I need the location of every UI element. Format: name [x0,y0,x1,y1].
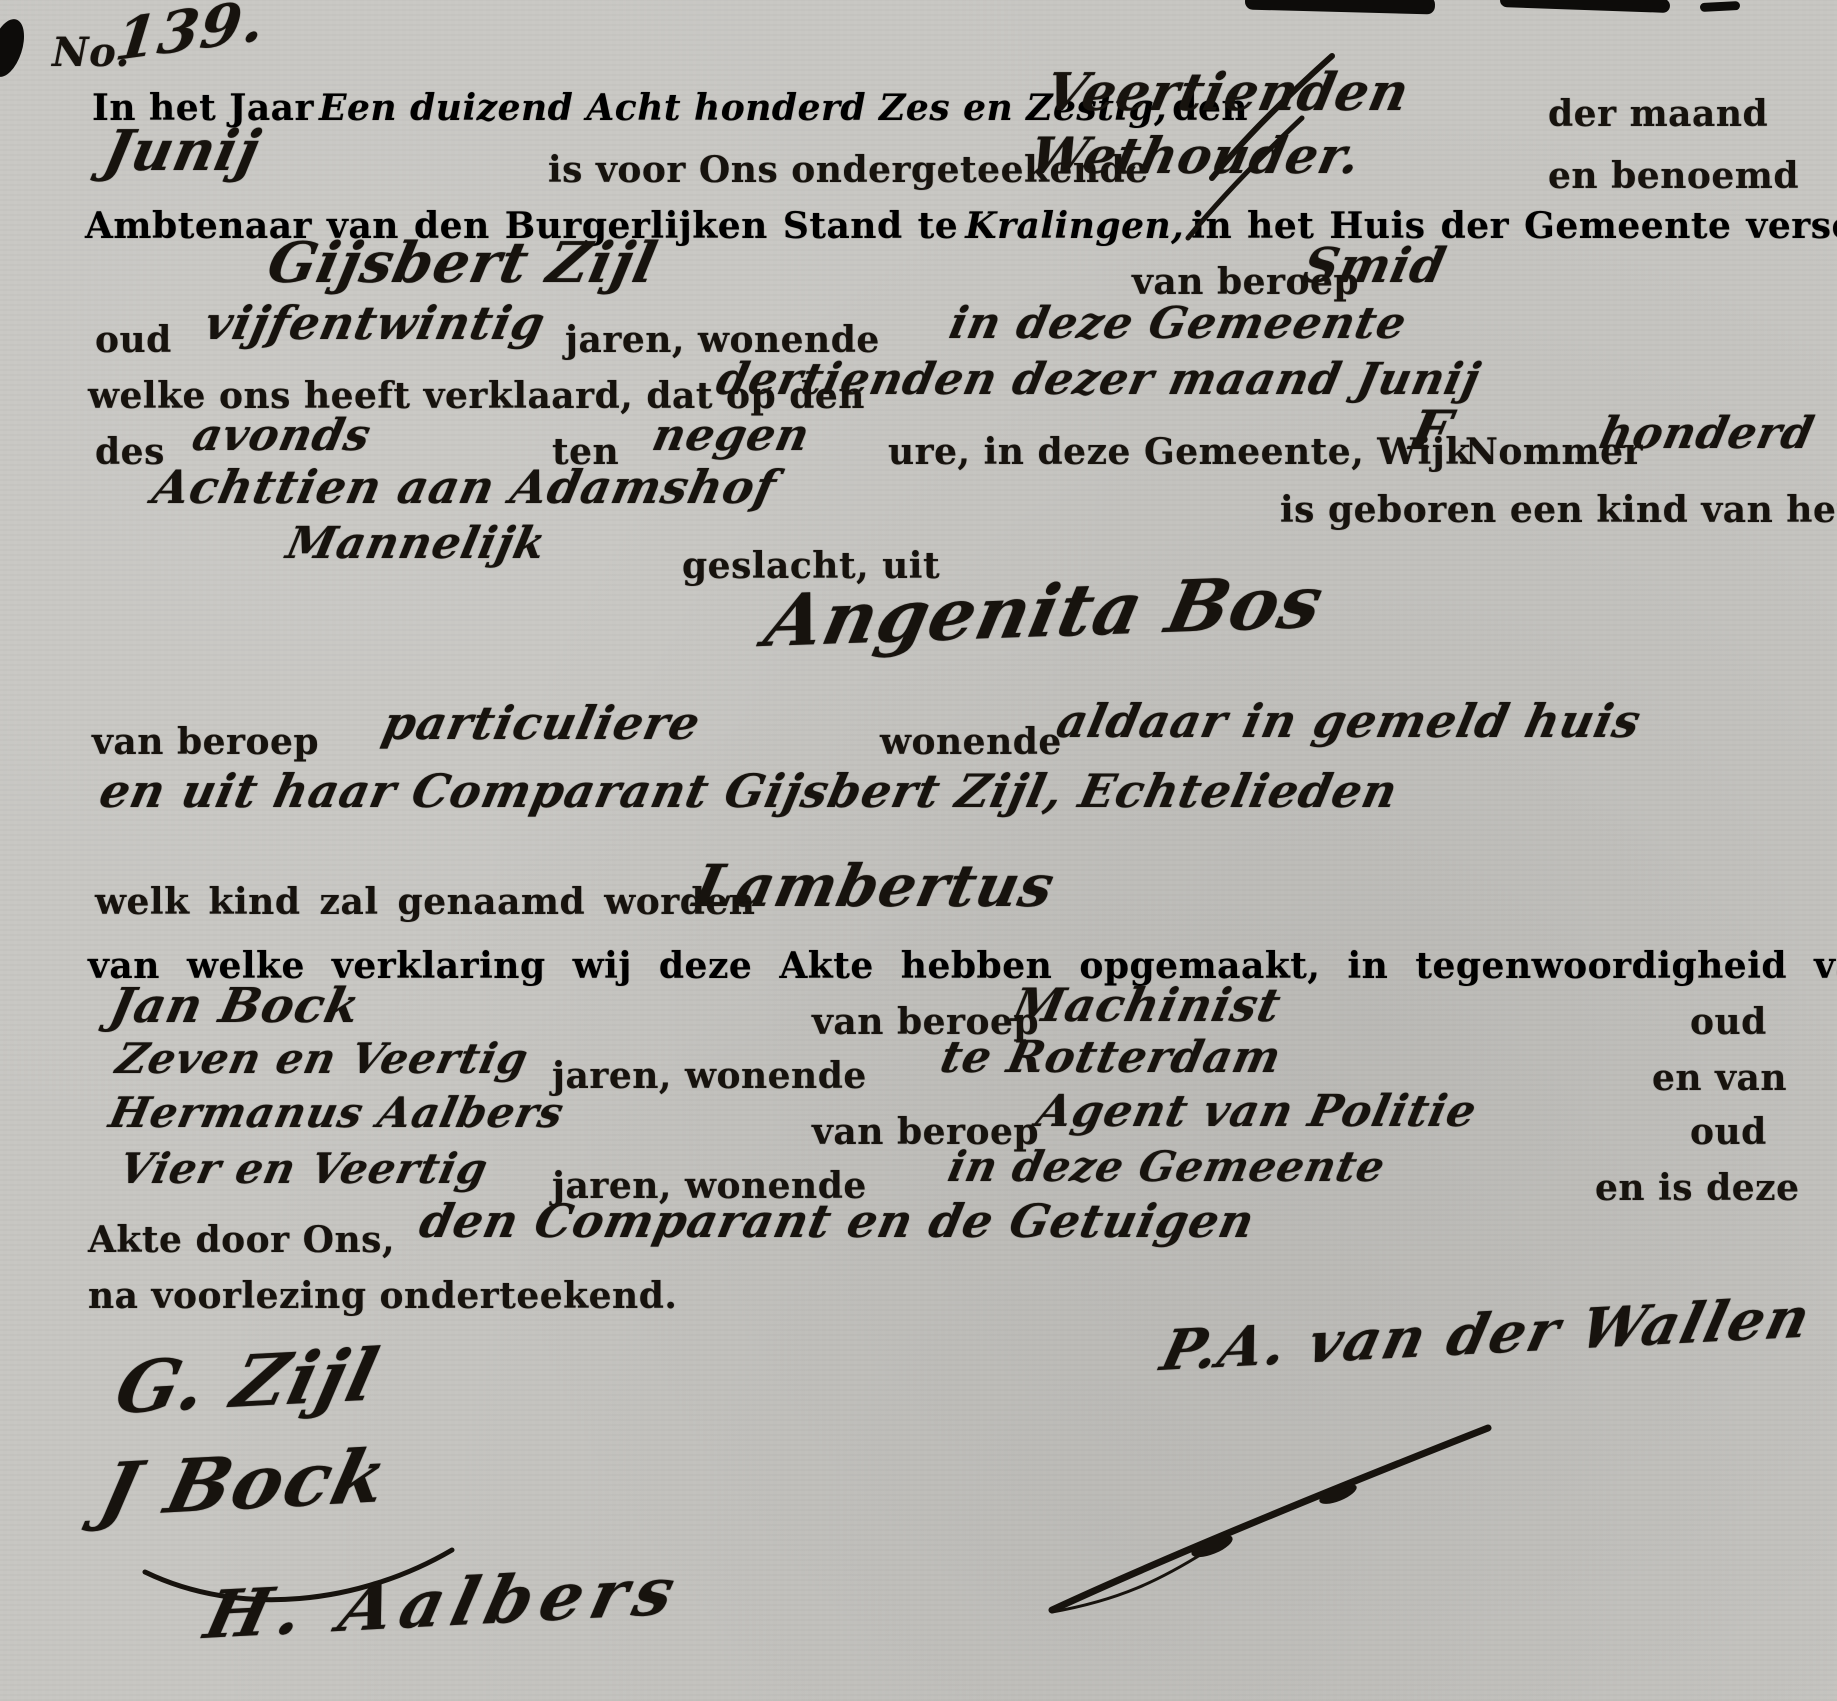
printed-text: jaren, wonende [552,1056,867,1097]
father-age-handwritten: vijfentwintig [200,296,550,350]
printed-text: der maand [1548,94,1768,135]
printed-text: welk kind zal genaamd worden [95,882,755,923]
printed-text: in het Huis der Gemeente verschenen [1191,205,1837,247]
month-handwritten: Junij [98,118,266,184]
witness2-name-handwritten: Hermanus Aalbers [105,1088,569,1137]
daypart-handwritten: avonds [188,410,376,461]
father-occupation-handwritten: Smid [1298,238,1451,294]
hour-handwritten: negen [648,410,815,461]
witness2-occupation-handwritten: Agent van Politie [1032,1086,1481,1137]
printed-text: oud [1690,1112,1767,1153]
municipality-name: Kralingen, [965,205,1184,247]
spouses-handwritten: en uit haar Comparant Gijsbert Zijl, Ech… [95,764,1403,818]
witness2-age-handwritten: Vier en Veertig [115,1144,493,1193]
gender-handwritten: Mannelijk [282,518,551,569]
scan-artifact [1245,0,1435,14]
registrar-flourish-stroke [1052,1552,1205,1612]
witness1-age-handwritten: Zeven en Veertig [112,1034,533,1083]
witness1-signature: J Bock [92,1433,397,1534]
witness1-occupation-handwritten: Machinist [1008,978,1286,1032]
act-number-value: 139. [112,0,268,74]
house-number-handwritten-2: Achttien aan Adamshof [148,460,782,514]
printed-text: des [95,432,165,473]
printed-text: Akte door Ons, [88,1220,395,1261]
official-title-handwritten: Wethouder. [1025,126,1367,185]
father-residence-handwritten: in deze Gemeente [945,298,1411,349]
registrar-flourish-loop [1317,1480,1359,1508]
printed-text: van beroep [92,722,319,763]
printed-text: oud [1690,1002,1767,1043]
mother-residence-handwritten: aldaar in gemeld huis [1052,694,1646,748]
printed-text: en benoemd [1548,156,1799,197]
child-name-handwritten: Lambertus [688,852,1061,920]
witness2-signature: H. Aalbers [198,1552,690,1654]
scan-artifact [1700,1,1740,12]
registrar-flourish-stroke [1052,1428,1488,1610]
registrar-flourish-loop [1189,1530,1236,1561]
printed-text: en van [1652,1058,1787,1099]
printed-text: na voorlezing onderteekend. [88,1276,677,1317]
father-signature: G. Zijl [108,1332,388,1430]
registrar-signature: P.A. van der Wallen [1155,1285,1818,1384]
printed-text: is geboren een kind van het [1280,490,1837,531]
witness1-name-handwritten: Jan Bock [105,978,365,1034]
printed-text: en is deze [1595,1168,1800,1209]
printed-text: ure, in deze Gemeente, Wijk [888,432,1471,473]
day-of-month-handwritten: Veertienden [1040,62,1415,123]
father-name-handwritten: Gijsbert Zijl [262,230,663,296]
scan-artifact [1500,0,1670,13]
closing-handwritten: den Comparant en de Getuigen [415,1194,1260,1248]
birth-date-handwritten: dertienden dezer maand Junij [712,354,1485,405]
scan-artifact [0,15,31,81]
house-number-handwritten-1: honderd [1595,408,1819,459]
printed-text: wonende [880,722,1062,763]
mother-occupation-handwritten: particuliere [378,696,706,750]
witness2-residence-handwritten: in deze Gemeente [944,1142,1390,1191]
birth-certificate-scan: No. 139. In het Jaar Een duizend Acht ho… [0,0,1837,1701]
printed-text: oud [95,320,172,361]
witness1-residence-handwritten: te Rotterdam [936,1032,1286,1083]
